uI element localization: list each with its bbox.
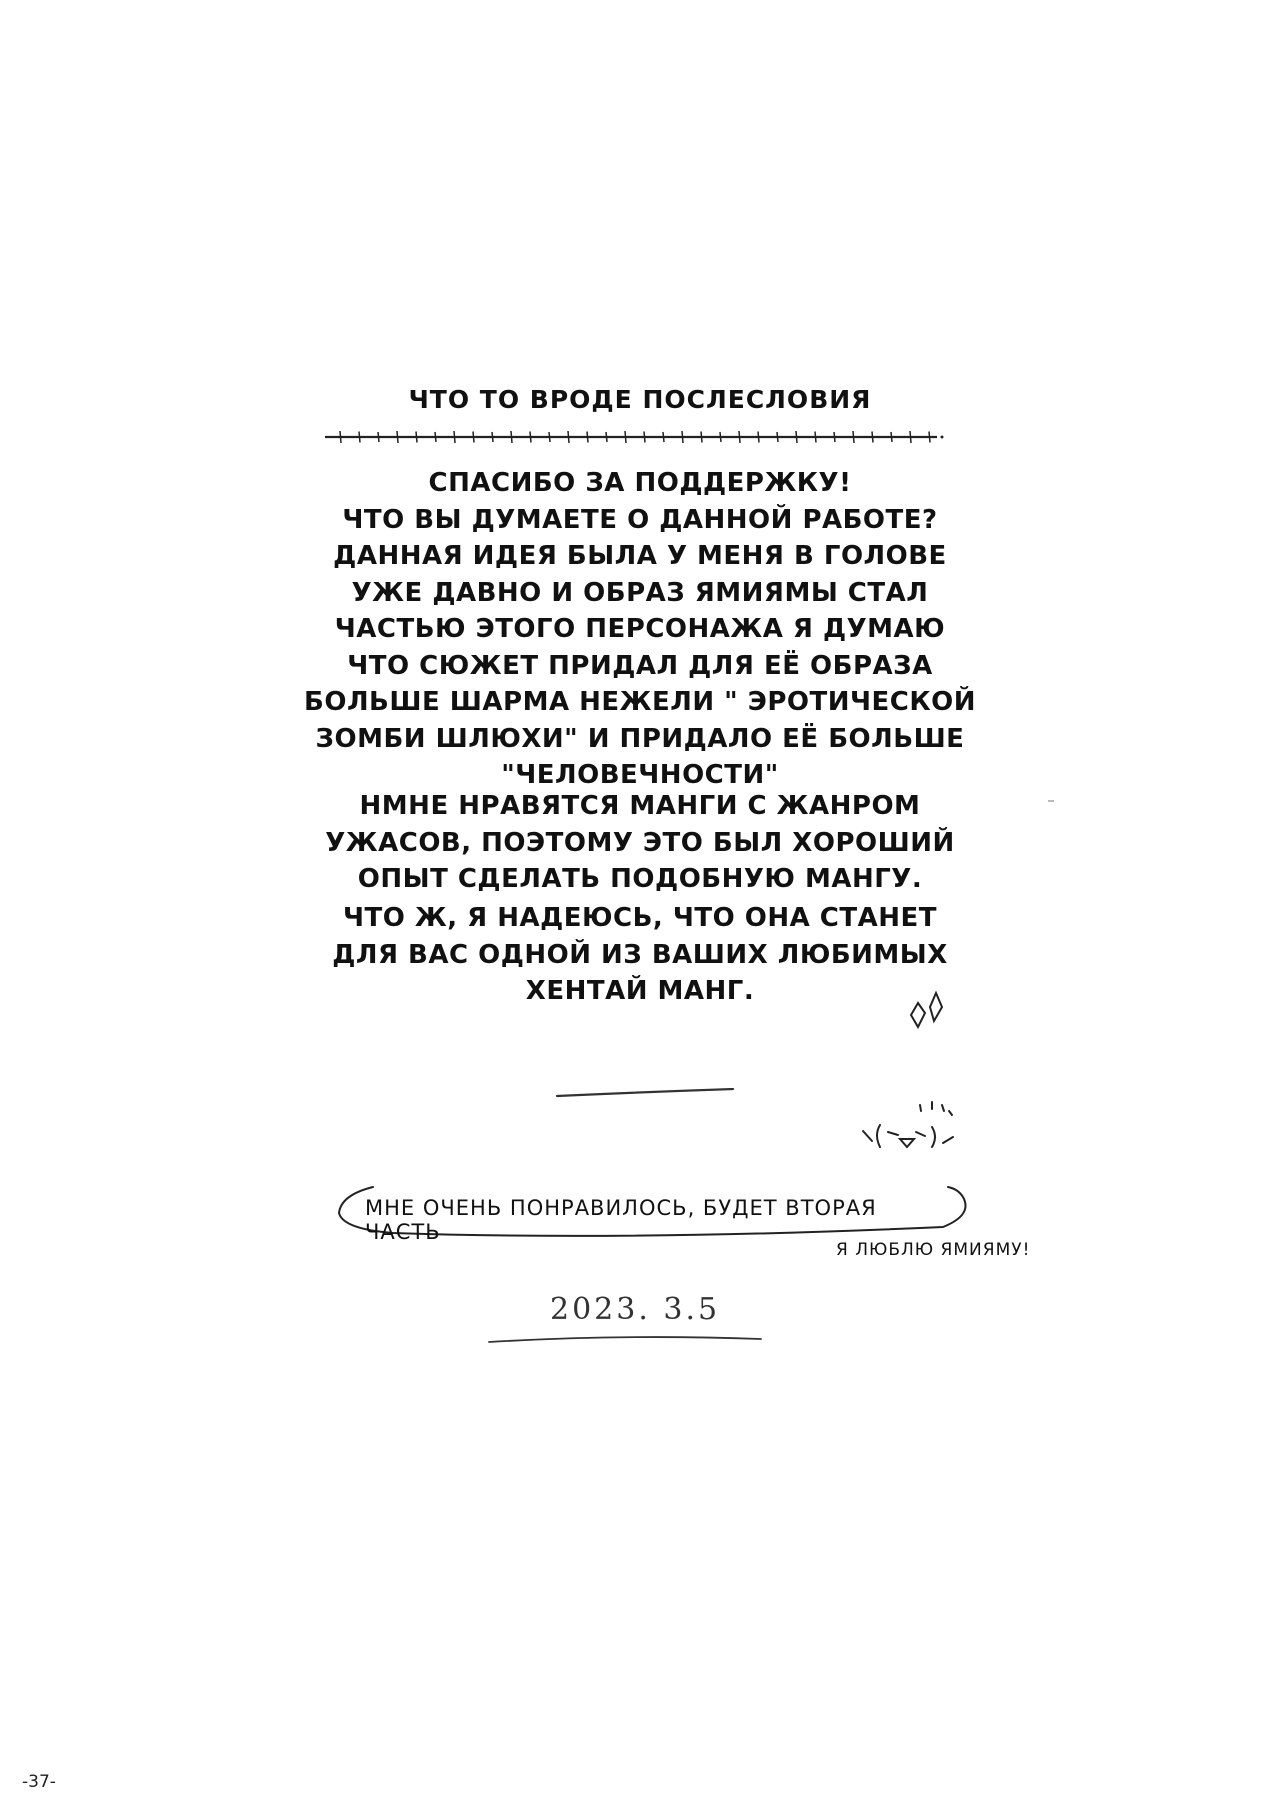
text-line: ДАННАЯ ИДЕЯ БЫЛА У МЕНЯ В ГОЛОВЕ	[0, 538, 1280, 575]
text-line: ЧАСТЬЮ ЭТОГО ПЕРСОНАЖА Я ДУМАЮ	[0, 611, 1280, 648]
text-line: УЖЕ ДАВНО И ОБРАЗ ЯМИЯМЫ СТАЛ	[0, 575, 1280, 612]
text-line: ЧТО ВЫ ДУМАЕТЕ О ДАННОЙ РАБОТЕ?	[0, 502, 1280, 539]
speech-bubble-text: МНЕ ОЧЕНЬ ПОНРАВИЛОСЬ, БУДЕТ ВТОРАЯ ЧАСТ…	[365, 1196, 955, 1244]
afterword-heading: ЧТО ТО ВРОДЕ ПОСЛЕСЛОВИЯ	[0, 385, 1280, 414]
page-number: -37-	[22, 1772, 56, 1792]
text-line: ЗОМБИ ШЛЮХИ" И ПРИДАЛО ЕЁ БОЛЬШЕ	[0, 721, 1280, 758]
paragraph-hope: ЧТО Ж, Я НАДЕЮСЬ, ЧТО ОНА СТАНЕТ ДЛЯ ВАС…	[0, 900, 1280, 1010]
text-line: ОПЫТ СДЕЛАТЬ ПОДОБНУЮ МАНГУ.	[0, 861, 1280, 898]
text-line: ЧТО Ж, Я НАДЕЮСЬ, ЧТО ОНА СТАНЕТ	[0, 900, 1280, 937]
stitched-divider	[325, 428, 945, 446]
hand-drawn-rule	[555, 1088, 735, 1098]
side-note: Я ЛЮБЛЮ ЯМИЯМУ!	[836, 1240, 1030, 1260]
hand-drawn-rule	[485, 1333, 765, 1345]
sparkle-icon	[898, 985, 958, 1035]
text-line: ДЛЯ ВАС ОДНОЙ ИЗ ВАШИХ ЛЮБИМЫХ	[0, 937, 1280, 974]
happy-face-icon	[858, 1085, 968, 1160]
text-line: ЧТО СЮЖЕТ ПРИДАЛ ДЛЯ ЕЁ ОБРАЗА	[0, 648, 1280, 685]
paragraph-thanks: СПАСИБО ЗА ПОДДЕРЖКУ! ЧТО ВЫ ДУМАЕТЕ О Д…	[0, 465, 1280, 794]
text-line: СПАСИБО ЗА ПОДДЕРЖКУ!	[0, 465, 1280, 502]
text-line: УЖАСОВ, ПОЭТОМУ ЭТО БЫЛ ХОРОШИЙ	[0, 825, 1280, 862]
text-line: НМНЕ НРАВЯТСЯ МАНГИ С ЖАНРОМ	[0, 788, 1280, 825]
date-signature: 2023. 3.5	[550, 1292, 720, 1327]
text-line: БОЛЬШЕ ШАРМА НЕЖЕЛИ " ЭРОТИЧЕСКОЙ	[0, 684, 1280, 721]
text-line: ХЕНТАЙ МАНГ.	[0, 973, 1280, 1010]
paragraph-horror: НМНЕ НРАВЯТСЯ МАНГИ С ЖАНРОМ УЖАСОВ, ПОЭ…	[0, 788, 1280, 898]
